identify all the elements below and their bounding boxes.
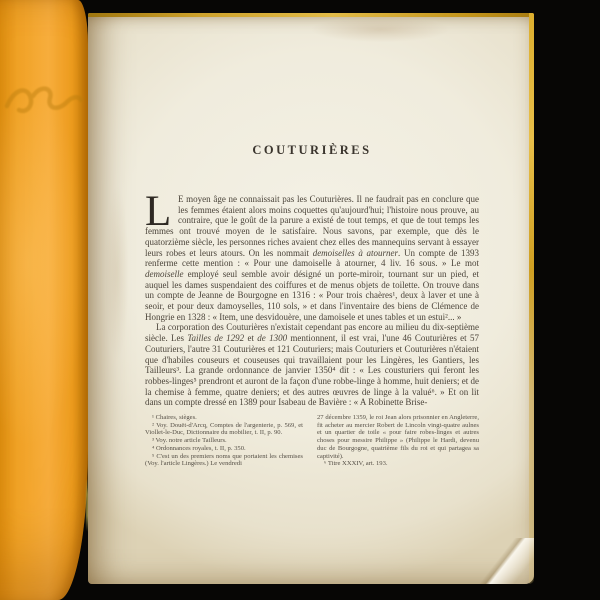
- footnote-line: ³ Voy. notre article Tailleurs.: [145, 437, 303, 445]
- footnote-line: ⁵ C'est un des premiers noms que portaie…: [145, 453, 303, 468]
- footnote-line: ⁶ Titre XXXIV, art. 193.: [317, 460, 479, 468]
- body-paragraph: La corporation des Couturières n'existai…: [145, 322, 479, 408]
- paper-stain: [303, 17, 458, 45]
- footnotes-right-column: 27 décembre 1359, le roi Jean alors pris…: [317, 414, 479, 468]
- page-corner-fold: [478, 538, 534, 584]
- gilt-fore-edge: [529, 13, 534, 584]
- footnotes-left-column: ¹ Chaires, sièges.² Voy. Douët-d'Arcq, C…: [145, 414, 303, 468]
- book-page: COUTURIÈRES LE moyen âge ne connaissait …: [88, 13, 534, 584]
- book-cover: [0, 0, 88, 600]
- paragraph-text: E moyen âge ne connaissait pas les Coutu…: [145, 194, 479, 322]
- footnotes: ¹ Chaires, sièges.² Voy. Douët-d'Arcq, C…: [145, 414, 479, 468]
- footnote-line: ¹ Chaires, sièges.: [145, 414, 303, 422]
- footnote-line: ² Voy. Douët-d'Arcq, Comptes de l'argent…: [145, 422, 303, 437]
- paper-stain: [102, 163, 132, 383]
- body-paragraph: LE moyen âge ne connaissait pas les Cout…: [145, 194, 479, 322]
- footnote-line: 27 décembre 1359, le roi Jean alors pris…: [317, 414, 479, 460]
- text-block: LE moyen âge ne connaissait pas les Cout…: [145, 194, 479, 468]
- page-title: COUTURIÈRES: [145, 143, 479, 158]
- dropcap-letter: L: [145, 194, 173, 226]
- footnote-line: ⁴ Ordonnances royales, t. II, p. 350.: [145, 445, 303, 453]
- book-photo: COUTURIÈRES LE moyen âge ne connaissait …: [0, 0, 600, 600]
- cover-embossing: [1, 66, 87, 126]
- paragraph-text: La corporation des Couturières n'existai…: [145, 322, 479, 407]
